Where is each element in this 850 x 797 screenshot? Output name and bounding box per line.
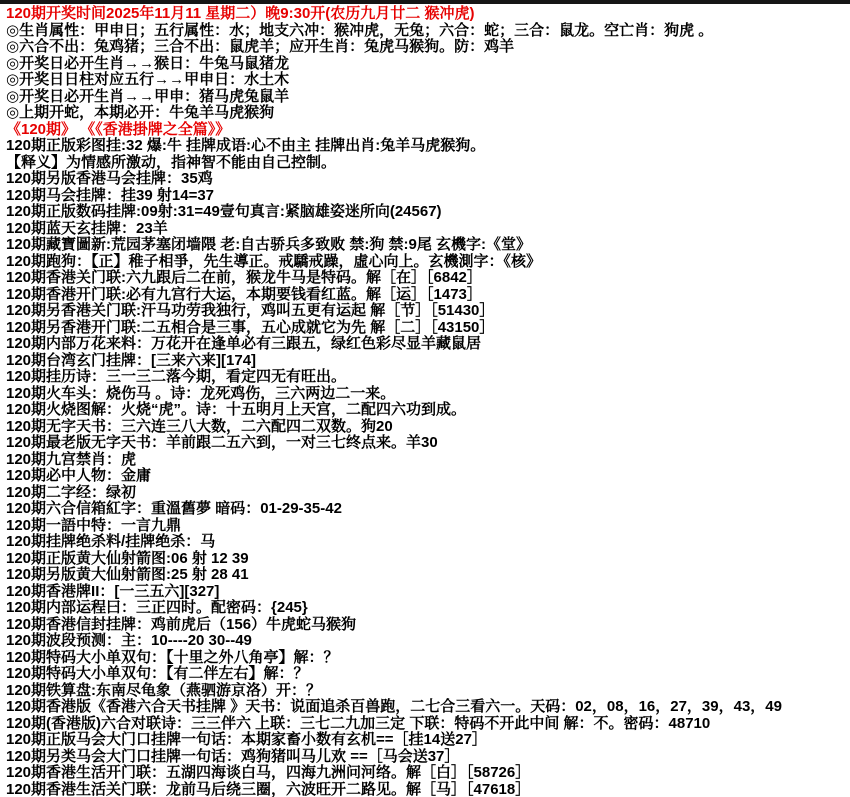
text-line: 120期一語中特：一言九鼎	[6, 518, 850, 535]
text-line: 120期铁算盘:东南尽龟象（燕驷游京洛）开：？	[6, 683, 850, 700]
text-line: 120期内部万花来料：万花开在逢单必有三跟五，绿红色彩尽显羊藏鼠居	[6, 336, 850, 353]
text-line: 120期香港牌II：[一三五六][327]	[6, 584, 850, 601]
text-line: 120期九宫禁肖：虎	[6, 452, 850, 469]
text-line: ◎开奖日必开生肖→→猴日：牛兔马鼠猪龙	[6, 56, 850, 73]
text-line: 120期火烧图解：火烧“虎”。诗：十五明月上天宫，二配四六功到成。	[6, 402, 850, 419]
text-line: 120期火车头：烧伤马 。诗：龙死鸡伤，三六两边二一来。	[6, 386, 850, 403]
text-line: 120期特码大小单双句：【十里之外八角亭】解：？	[6, 650, 850, 667]
text-line: 120期台湾玄门挂牌：[三来六来][174]	[6, 353, 850, 370]
text-line: ◎六合不出：兔鸡猪；三合不出：鼠虎羊；应开生肖：兔虎马猴狗。防：鸡羊	[6, 39, 850, 56]
text-line: 120期二字经：绿初	[6, 485, 850, 502]
text-line: 120期另版香港马会挂牌：35鸡	[6, 171, 850, 188]
text-line: 120期香港信封挂牌：鸡前虎后（156）牛虎蛇马猴狗	[6, 617, 850, 634]
text-line: 120期六合信箱紅字：重溫舊夢 暗码：01-29-35-42	[6, 501, 850, 518]
content-lines: 120期开奖时间2025年11月11 星期二）晚9:30开(农历九月廿二 猴冲虎…	[0, 4, 850, 797]
text-line: 120期正版数码挂牌:09射:31=49壹句真言:紧脑雄姿迷所向(24567)	[6, 204, 850, 221]
text-line: 120期正版马会大门口挂牌一句话：本期家畜小数有玄机==［挂14送27］	[6, 732, 850, 749]
heading-line: 120期开奖时间2025年11月11 星期二）晚9:30开(农历九月廿二 猴冲虎…	[6, 6, 850, 23]
text-line: 120期波段预测：主：10----20 30--49	[6, 633, 850, 650]
text-line: 120期最老版无字天书：羊前跟二五六到，一对三七终点来。羊30	[6, 435, 850, 452]
text-line: 120期必中人物：金庸	[6, 468, 850, 485]
text-line: ◎开奖日日柱对应五行→→甲申日：水土木	[6, 72, 850, 89]
text-line: 120期跑狗：【正】稚子相爭，先生導正。戒驕戒躁，虛心向上。玄機測字：《核》	[6, 254, 850, 271]
text-line: ◎开奖日必开生肖→→甲申：猪马虎兔鼠羊	[6, 89, 850, 106]
text-line: 120期无字天书：三六连三八大数，二六配四二双数。狗20	[6, 419, 850, 436]
text-line: 120期挂历诗：三一三二落今期，看定四无有旺出。	[6, 369, 850, 386]
text-line: 120期内部运程曰：三正四时。配密码：{245}	[6, 600, 850, 617]
text-line: 120期另香港开门联:二五相合是三事，五心成就它为先 解［二］［43150］	[6, 320, 850, 337]
text-line: 120期正版彩图挂:32 爆:牛 挂牌成语:心不由主 挂牌出肖:兔羊马虎猴狗。	[6, 138, 850, 155]
text-line: 120期特码大小单双句：【有二伴左右】解：？	[6, 666, 850, 683]
text-line: ◎上期开蛇，本期必开：牛兔羊马虎猴狗	[6, 105, 850, 122]
text-line: 120期挂牌绝杀料/挂牌绝杀：马	[6, 534, 850, 551]
text-line: 120期正版黄大仙射箭图:06 射 12 39	[6, 551, 850, 568]
text-line: 120期香港版《香港六合天书挂牌 》天书：说面追杀百兽跑，二七合三看六一。天码：…	[6, 699, 850, 716]
text-line: 120期香港开门联:必有九宫行大运，本期要钱看红蓝。解［运］［1473］	[6, 287, 850, 304]
text-line: 120期香港关门联:六九跟后二在前，猴龙牛马是特码。解［在］［6842］	[6, 270, 850, 287]
text-line: 120期另类马会大门口挂牌一句话：鸡狗猪叫马儿欢 ==［马会送37］	[6, 749, 850, 766]
text-line: 【释义】为情感所激动，指神智不能由自己控制。	[6, 155, 850, 172]
text-line: 120期蓝天玄挂牌：23羊	[6, 221, 850, 238]
text-line: ◎生肖属性：甲申日；五行属性：水；地支六冲：猴冲虎，无兔；六合：蛇；三合：鼠龙。…	[6, 23, 850, 40]
text-line: 120期马会挂牌：挂39 射14=37	[6, 188, 850, 205]
text-line: 120期另版黄大仙射箭图:25 射 28 41	[6, 567, 850, 584]
lottery-tips-page: 120期开奖时间2025年11月11 星期二）晚9:30开(农历九月廿二 猴冲虎…	[0, 0, 850, 797]
text-line: 120期香港生活开门联：五湖四海谈白马，四海九洲问河络。解［白］［58726］	[6, 765, 850, 782]
heading-line: 《120期》 《《香港掛牌之全篇》》	[6, 122, 850, 139]
text-line: 120期(香港版)六合对联诗：三三伴六 上联：三七二九加三定 下联：特码不开此中…	[6, 716, 850, 733]
text-line: 120期另香港关门联:汗马功劳我独行，鸡叫五更有运起 解［节］［51430］	[6, 303, 850, 320]
text-line: 120期香港生活关门联：龙前马后绕三圈，六波旺开二路见。解［马］［47618］	[6, 782, 850, 797]
text-line: 120期藏寶圖新:荒园茅塞闭墙隈 老:自古骄兵多致败 禁:狗 禁:9尾 玄機字:…	[6, 237, 850, 254]
